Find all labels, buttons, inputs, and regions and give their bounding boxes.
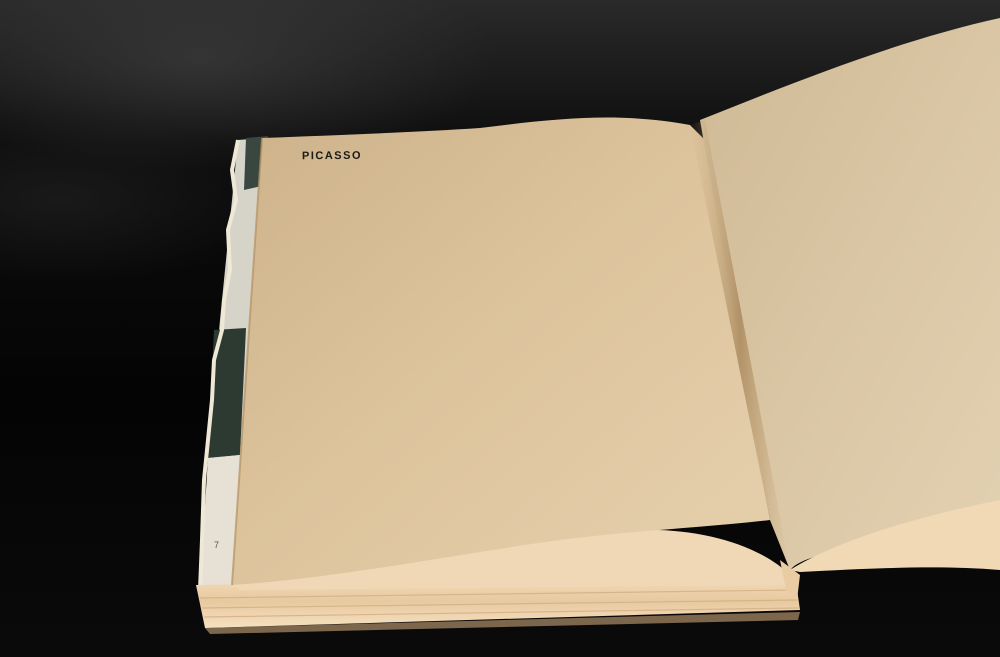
spine-mark: 7 — [214, 540, 219, 550]
open-book — [0, 0, 1000, 657]
left-page — [232, 118, 770, 585]
running-head: PICASSO — [302, 150, 362, 163]
